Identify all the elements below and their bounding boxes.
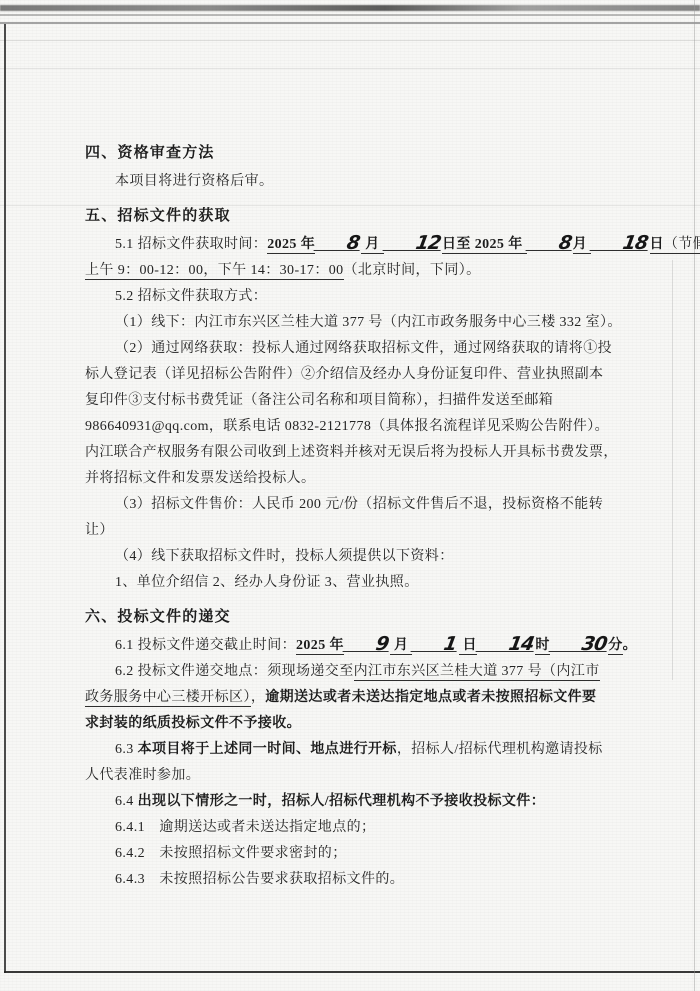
handwritten-text: 30 — [548, 637, 609, 652]
line-6-4: 6.4 出现以下情形之一时，招标人/招标代理机构不予接收投标文件： — [85, 789, 640, 815]
text-segment: 6.4.2 未按照招标文件要求密封的； — [115, 846, 347, 861]
text-segment: 月 — [361, 237, 383, 254]
text-segment: 986640931@qq.com，联系电话 0832-2121778（具体报名流… — [85, 419, 609, 434]
text-segment: 四、资格审查方法 — [85, 145, 215, 161]
text-segment: 6.1 投标文件递交截止时间： — [115, 638, 296, 653]
text-segment: 分 — [608, 638, 622, 655]
text-segment: 并将招标文件和发票发送给投标人。 — [85, 471, 315, 486]
text-segment: 本项目将进行资格后审。 — [115, 174, 273, 189]
line-5-2-3-b: 让） — [85, 518, 640, 544]
text-segment: （3）招标文件售价：人民币 200 元/份（招标文件售后不退，投标资格不能转 — [115, 497, 603, 512]
text-segment: （北京时间，下同）。 — [344, 263, 481, 278]
text-segment: 五、招标文件的获取 — [85, 208, 231, 224]
page-edge-left — [4, 24, 6, 973]
heading-section-5: 五、招标文件的获取 — [85, 203, 640, 229]
text-segment: （2）通过网络获取：投标人通过网络获取招标文件，通过网络获取的请将①投 — [115, 341, 612, 356]
text-segment: 5.2 招标文件获取方式： — [115, 289, 267, 304]
text-segment: 让） — [85, 523, 114, 538]
line-6-3-a: 6.3 本项目将于上述同一时间、地点进行开标，招标人/招标代理机构邀请投标 — [85, 737, 640, 763]
line-6-4-1: 6.4.1 逾期送达或者未送达指定地点的； — [85, 815, 640, 841]
scan-artifact-top-band — [0, 5, 700, 11]
scan-streak-1 — [0, 40, 700, 41]
line-5-2-4-items: 1、单位介绍信 2、经办人身份证 3、营业执照。 — [85, 570, 640, 596]
text-segment: ，招标人/招标代理机构邀请投标 — [397, 742, 603, 757]
line-6-2-b: 政务服务中心三楼开标区），逾期送达或者未送达指定地点或者未按照招标文件要 — [85, 685, 640, 711]
line-6-1: 6.1 投标文件递交截止时间：2025 年9 月 1 日14时30分。 — [85, 633, 640, 659]
handwritten-text: 8 — [314, 236, 363, 251]
text-segment: （4）线下获取招标文件时，投标人须提供以下资料： — [115, 549, 454, 564]
line-5-2-1: （1）线下：内江市东兴区兰桂大道 377 号（内江市政务服务中心三楼 332 室… — [85, 310, 640, 336]
heading-section-6: 六、投标文件的递交 — [85, 604, 640, 630]
line-5-2: 5.2 招标文件获取方式： — [85, 284, 640, 310]
text-segment: ， — [251, 690, 265, 705]
text-segment: 日 — [459, 638, 477, 655]
text-segment: 6.4.3 未按照招标公告要求获取招标文件的。 — [115, 872, 404, 887]
page-edge-bottom — [4, 971, 700, 973]
text-segment: 内江联合产权服务有限公司收到上述资料并核对无误后将为投标人开具标书费发票， — [85, 445, 618, 460]
text-segment: 求封装的纸质投标文件不予接收。 — [85, 716, 301, 731]
line-5-2-2-e: 内江联合产权服务有限公司收到上述资料并核对无误后将为投标人开具标书费发票， — [85, 440, 640, 466]
text-segment: 六、投标文件的递交 — [85, 609, 231, 625]
text-segment: （1）线下：内江市东兴区兰桂大道 377 号（内江市政务服务中心三楼 332 室… — [115, 315, 622, 330]
text-segment: 内江市东兴区兰桂大道 377 号（内江市 — [354, 664, 600, 681]
text-segment: （节假日除外）， — [664, 237, 700, 254]
doc-content: 四、资格审查方法本项目将进行资格后审。五、招标文件的获取5.1 招标文件获取时间… — [85, 132, 640, 893]
text-segment: 月 — [573, 237, 591, 254]
page-edge-right — [694, 0, 695, 991]
line-6-3-b: 人代表准时参加。 — [85, 763, 640, 789]
handwritten-text: 8 — [525, 236, 574, 251]
handwritten-text: 9 — [342, 637, 391, 652]
line-5-2-2-f: 并将招标文件和发票发送给投标人。 — [85, 466, 640, 492]
text-segment: 逾期送达或者未送达指定地点或者未按照招标文件要 — [265, 690, 596, 705]
text-segment: 5.1 招标文件获取时间： — [115, 237, 267, 252]
text-segment: 出现以下情形之一时，招标人/招标代理机构不予接收投标文件： — [138, 794, 546, 809]
line-6-2-c: 求封装的纸质投标文件不予接收。 — [85, 711, 640, 737]
text-segment: 政务服务中心三楼开标区） — [85, 690, 251, 707]
handwritten-text: 14 — [475, 637, 536, 652]
text-segment: 2025 年 — [267, 237, 315, 254]
line-5-2-2-d: 986640931@qq.com，联系电话 0832-2121778（具体报名流… — [85, 414, 640, 440]
page-edge-right-faint — [672, 260, 673, 680]
text-segment: 2025 年 — [296, 638, 344, 655]
line-5-2-2-c: 复印件③支付标书费凭证（备注公司名称和项目简称），扫描件发送至邮箱 — [85, 388, 640, 414]
scan-artifact-top-line-2 — [0, 14, 700, 16]
text-segment: 复印件③支付标书费凭证（备注公司名称和项目简称），扫描件发送至邮箱 — [85, 393, 553, 408]
text-segment: 人代表准时参加。 — [85, 768, 200, 783]
text-segment: 6.3 — [115, 742, 138, 757]
heading-section-4: 四、资格审查方法 — [85, 140, 640, 166]
line-5-1-a: 5.1 招标文件获取时间：2025 年8 月 12日至 2025 年 8月 18… — [85, 232, 640, 258]
handwritten-text: 1 — [411, 637, 460, 652]
text-segment: 。 — [623, 638, 637, 653]
text-segment: 6.4.1 逾期送达或者未送达指定地点的； — [115, 820, 375, 835]
scan-streak-2 — [0, 68, 700, 69]
line-5-2-4: （4）线下获取招标文件时，投标人须提供以下资料： — [85, 544, 640, 570]
line-5-2-3-a: （3）招标文件售价：人民币 200 元/份（招标文件售后不退，投标资格不能转 — [85, 492, 640, 518]
line-6-2-a: 6.2 投标文件递交地点：须现场递交至内江市东兴区兰桂大道 377 号（内江市 — [85, 659, 640, 685]
text-segment: 标人登记表（详见招标公告附件）②介绍信及经办人身份证复印件、营业执照副本 — [85, 367, 603, 382]
scanned-page: 四、资格审查方法本项目将进行资格后审。五、招标文件的获取5.1 招标文件获取时间… — [0, 0, 700, 991]
line-5-2-2-b: 标人登记表（详见招标公告附件）②介绍信及经办人身份证复印件、营业执照副本 — [85, 362, 640, 388]
text-segment: 本项目将于上述同一时间、地点进行开标 — [138, 742, 397, 757]
handwritten-text: 18 — [590, 236, 651, 251]
handwritten-text: 12 — [382, 236, 443, 251]
text-segment: 上午 9：00-12：00，下午 14：30-17：00 — [85, 263, 344, 280]
line-5-1-b: 上午 9：00-12：00，下午 14：30-17：00（北京时间，下同）。 — [85, 258, 640, 284]
text-segment: 月 — [390, 638, 412, 655]
line-5-2-2-a: （2）通过网络获取：投标人通过网络获取招标文件，通过网络获取的请将①投 — [85, 336, 640, 362]
text-segment: 6.4 — [115, 794, 138, 809]
text-segment: 时 — [535, 638, 549, 655]
line-6-4-2: 6.4.2 未按照招标文件要求密封的； — [85, 841, 640, 867]
line-post-qualification: 本项目将进行资格后审。 — [85, 169, 640, 195]
text-segment: 日 — [650, 237, 664, 254]
text-segment: 日至 — [442, 237, 475, 254]
line-6-4-3: 6.4.3 未按照招标公告要求获取招标文件的。 — [85, 867, 640, 893]
text-segment: 1、单位介绍信 2、经办人身份证 3、营业执照。 — [115, 575, 419, 590]
text-segment: 6.2 投标文件递交地点：须现场递交至 — [115, 664, 354, 679]
text-segment: 2025 年 — [475, 237, 527, 254]
scan-artifact-top-line-3 — [0, 22, 700, 24]
